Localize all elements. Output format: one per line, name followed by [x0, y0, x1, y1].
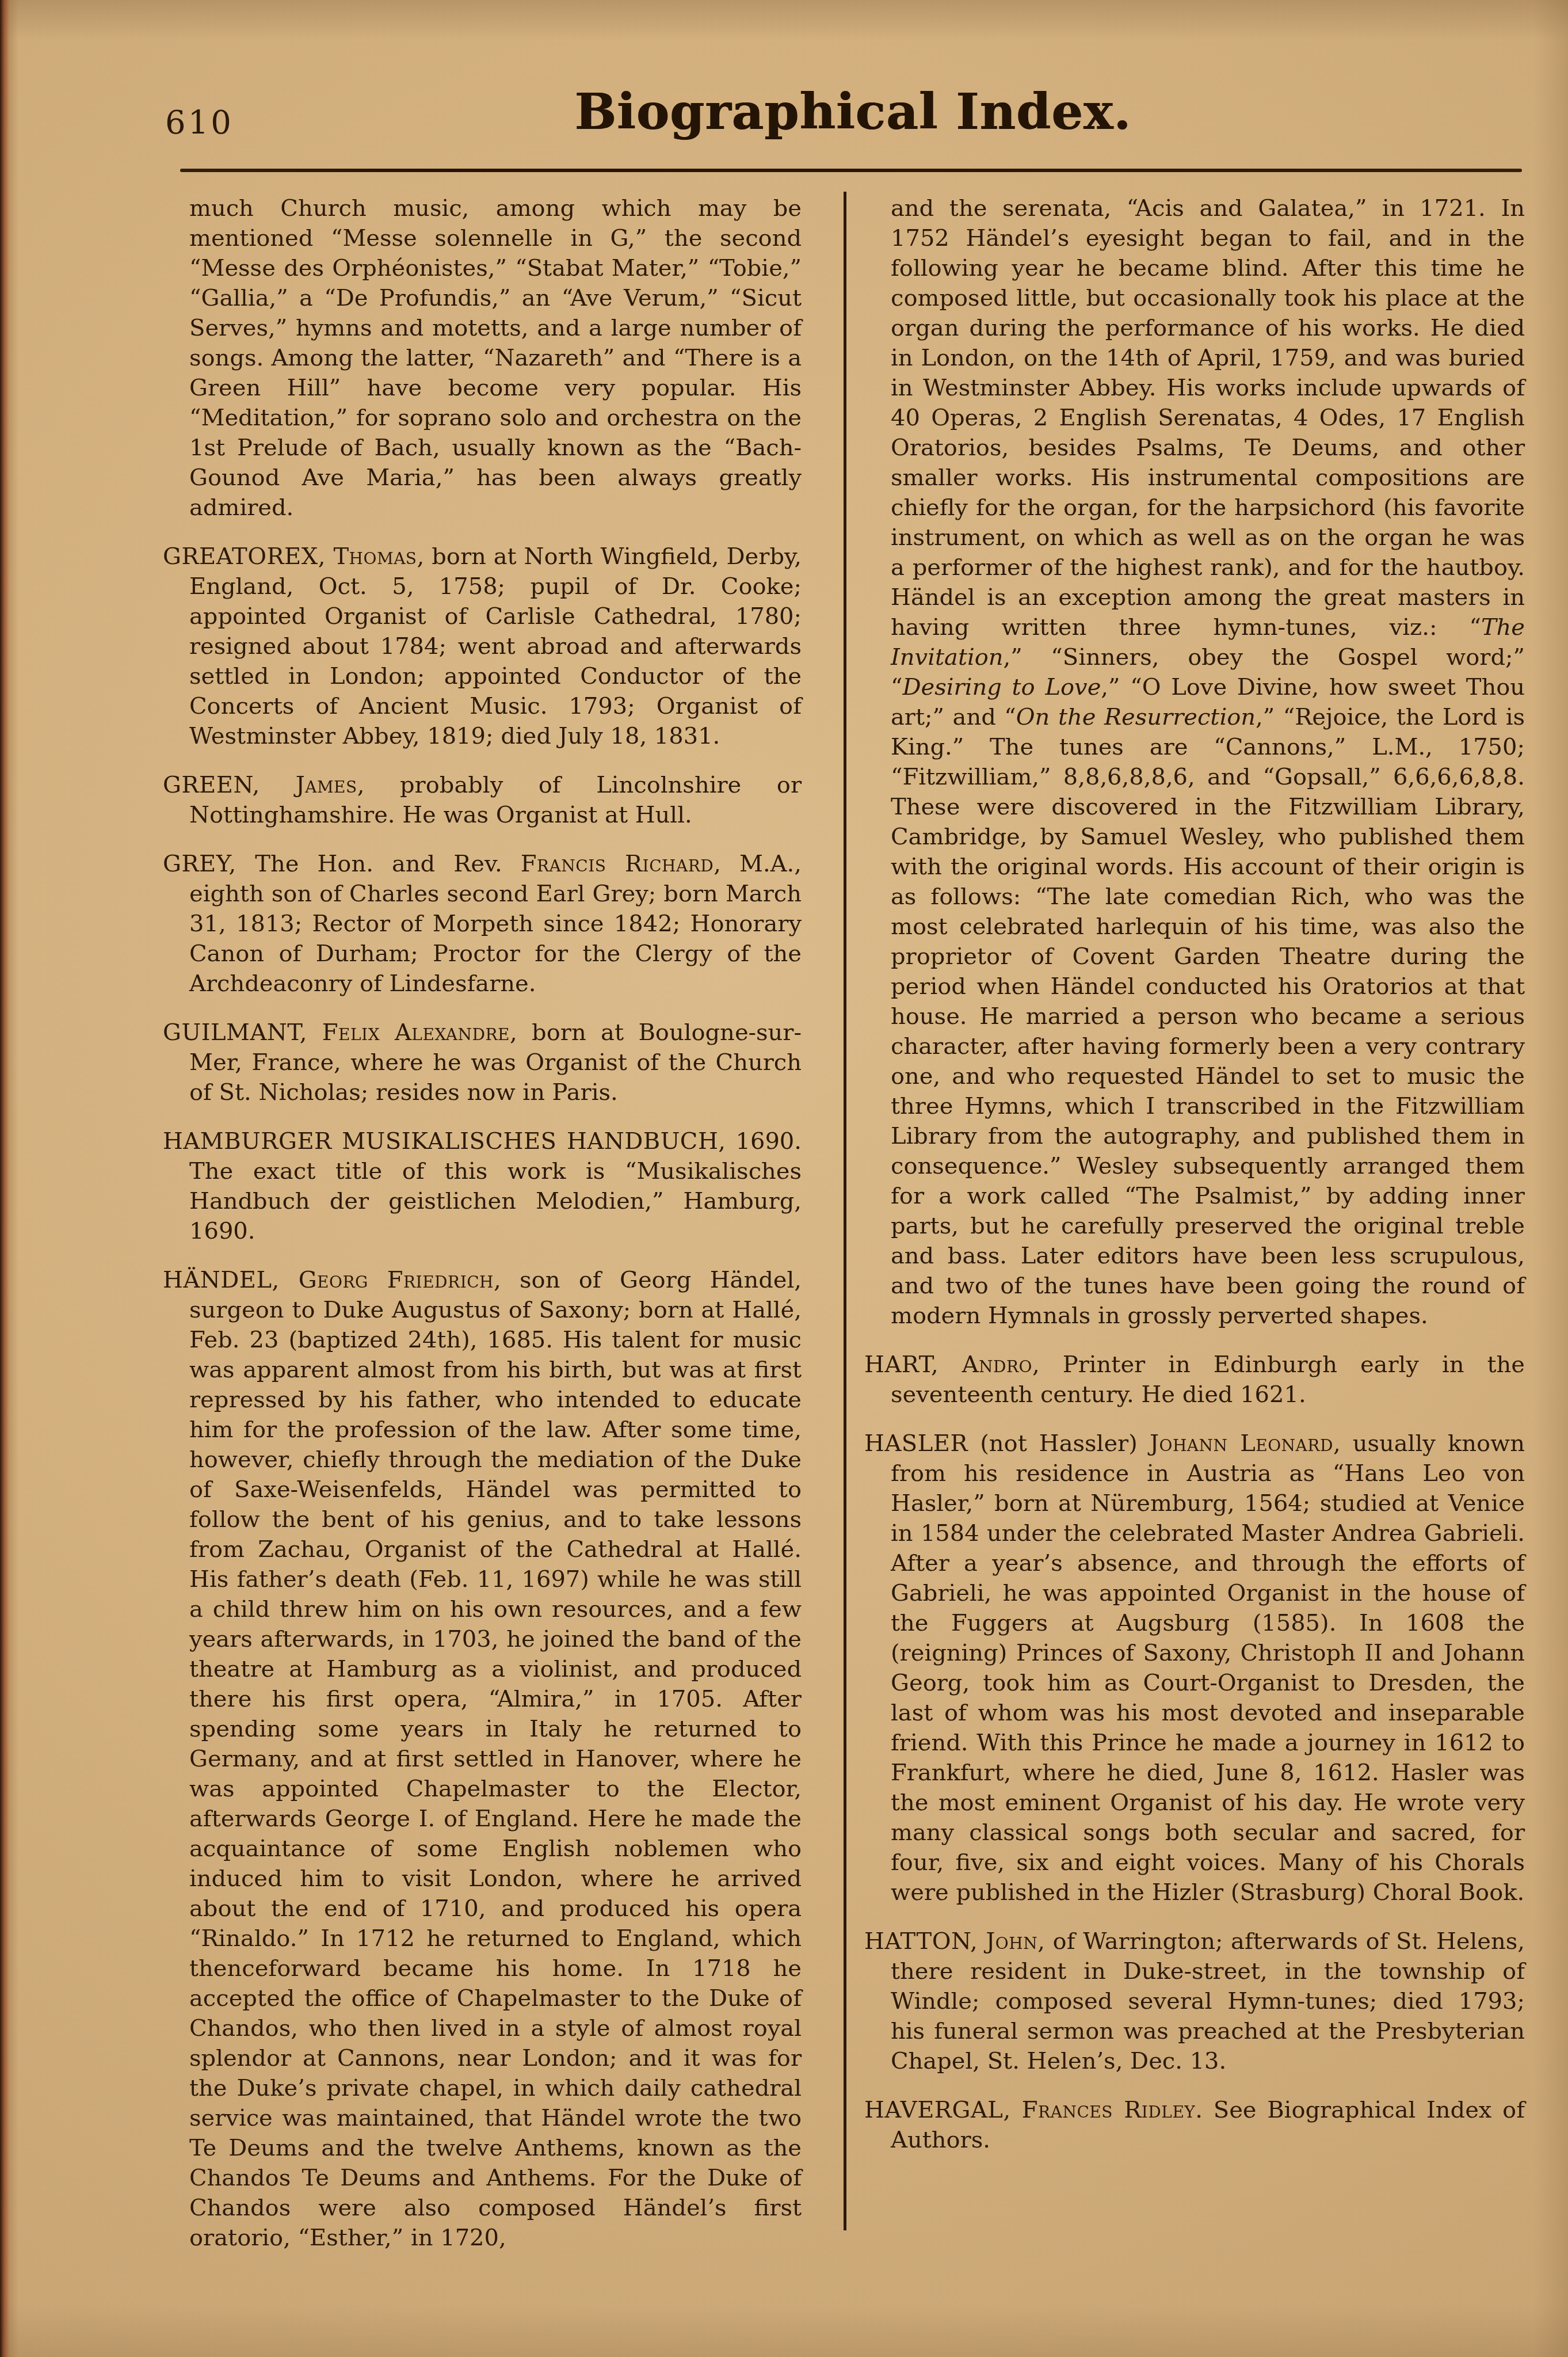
- entry-text-segment: GUILMANT,: [163, 1019, 322, 1046]
- right-column: and the serenata, “Acis and Galatea,” in…: [864, 193, 1525, 2174]
- entry-text-segment: GREEN,: [163, 772, 296, 798]
- entry-text-segment: HAMBURGER MUSIKALISCHES HANDBUCH,: [163, 1128, 726, 1155]
- index-entry-handel-continued: and the serenata, “Acis and Galatea,” in…: [864, 193, 1525, 1331]
- entry-text-segment: On the Resurrection: [1016, 704, 1256, 730]
- index-entry-gounod-continued: much Church music, among which may be me…: [163, 193, 802, 523]
- entry-text-segment: much Church music, among which may be me…: [189, 195, 802, 521]
- entry-text-segment: HART,: [864, 1351, 962, 1378]
- entry-text-segment: HATTON,: [864, 1928, 986, 1955]
- index-entry-guilmant: GUILMANT, Felix Alexandre, born at Boulo…: [163, 1018, 802, 1107]
- entry-text-segment: HASLER: [864, 1430, 968, 1457]
- entry-text-segment: Felix Alexandre: [322, 1019, 510, 1046]
- header-divider-rule: [180, 169, 1522, 172]
- page-header-title: Biographical Index.: [574, 87, 1131, 137]
- index-entry-hart: HART, Andro, Printer in Edinburgh early …: [864, 1350, 1525, 1410]
- index-entry-havergal: HAVERGAL, Frances Ridley. See Biographic…: [864, 2095, 1525, 2155]
- entry-text-segment: ,” “Rejoice, the Lord is King.” The tune…: [891, 704, 1525, 1329]
- entry-text-segment: (not Hassler): [968, 1430, 1150, 1457]
- index-entry-handel: HÄNDEL, Georg Friedrich, son of Georg Hä…: [163, 1265, 802, 2253]
- entry-text-segment: , son of Georg Händel, surgeon to Duke A…: [189, 1267, 802, 2251]
- entry-text-segment: and the serenata, “Acis and Galatea,” in…: [891, 195, 1525, 641]
- entry-text-segment: Georg Friedrich: [299, 1267, 494, 1293]
- entry-text-segment: Johann Leonard: [1150, 1430, 1333, 1457]
- entry-text-segment: HAVERGAL,: [864, 2097, 1022, 2123]
- entry-text-segment: , usually known from his residence in Au…: [891, 1430, 1525, 1906]
- entry-text-segment: Francis Richard: [521, 851, 714, 877]
- column-divider-rule: [844, 192, 846, 2230]
- index-entry-greatorex: GREATOREX, Thomas, born at North Wingfie…: [163, 542, 802, 751]
- index-entry-grey: GREY, The Hon. and Rev. Francis Richard,…: [163, 849, 802, 999]
- entry-text-segment: Desiring to Love: [902, 674, 1101, 700]
- entry-text-segment: Thomas: [333, 543, 417, 570]
- entry-text-segment: HÄNDEL,: [163, 1267, 299, 1293]
- index-entry-hatton: HATTON, John, of Warrington; afterwards …: [864, 1926, 1525, 2076]
- entry-text-segment: Frances Ridley: [1022, 2097, 1195, 2123]
- entry-text-segment: GREATOREX,: [163, 543, 333, 570]
- entry-text-segment: The Hon. and Rev.: [255, 851, 520, 877]
- entry-text-segment: John: [986, 1928, 1037, 1955]
- entry-text-segment: GREY,: [163, 851, 255, 877]
- book-page: 610 Biographical Index. much Church musi…: [0, 0, 1568, 2357]
- page-number: 610: [165, 107, 234, 139]
- index-entry-hamburger-musikalisches-handbuch: HAMBURGER MUSIKALISCHES HANDBUCH, 1690. …: [163, 1126, 802, 1246]
- entry-text-segment: James: [296, 772, 357, 798]
- left-column: much Church music, among which may be me…: [163, 193, 802, 2272]
- index-entry-hasler: HASLER (not Hassler) Johann Leonard, usu…: [864, 1429, 1525, 1907]
- index-entry-green: GREEN, James, probably of Lincolnshire o…: [163, 770, 802, 830]
- entry-text-segment: , born at North Wingfield, Derby, Englan…: [189, 543, 802, 749]
- entry-text-segment: Andro: [962, 1351, 1032, 1378]
